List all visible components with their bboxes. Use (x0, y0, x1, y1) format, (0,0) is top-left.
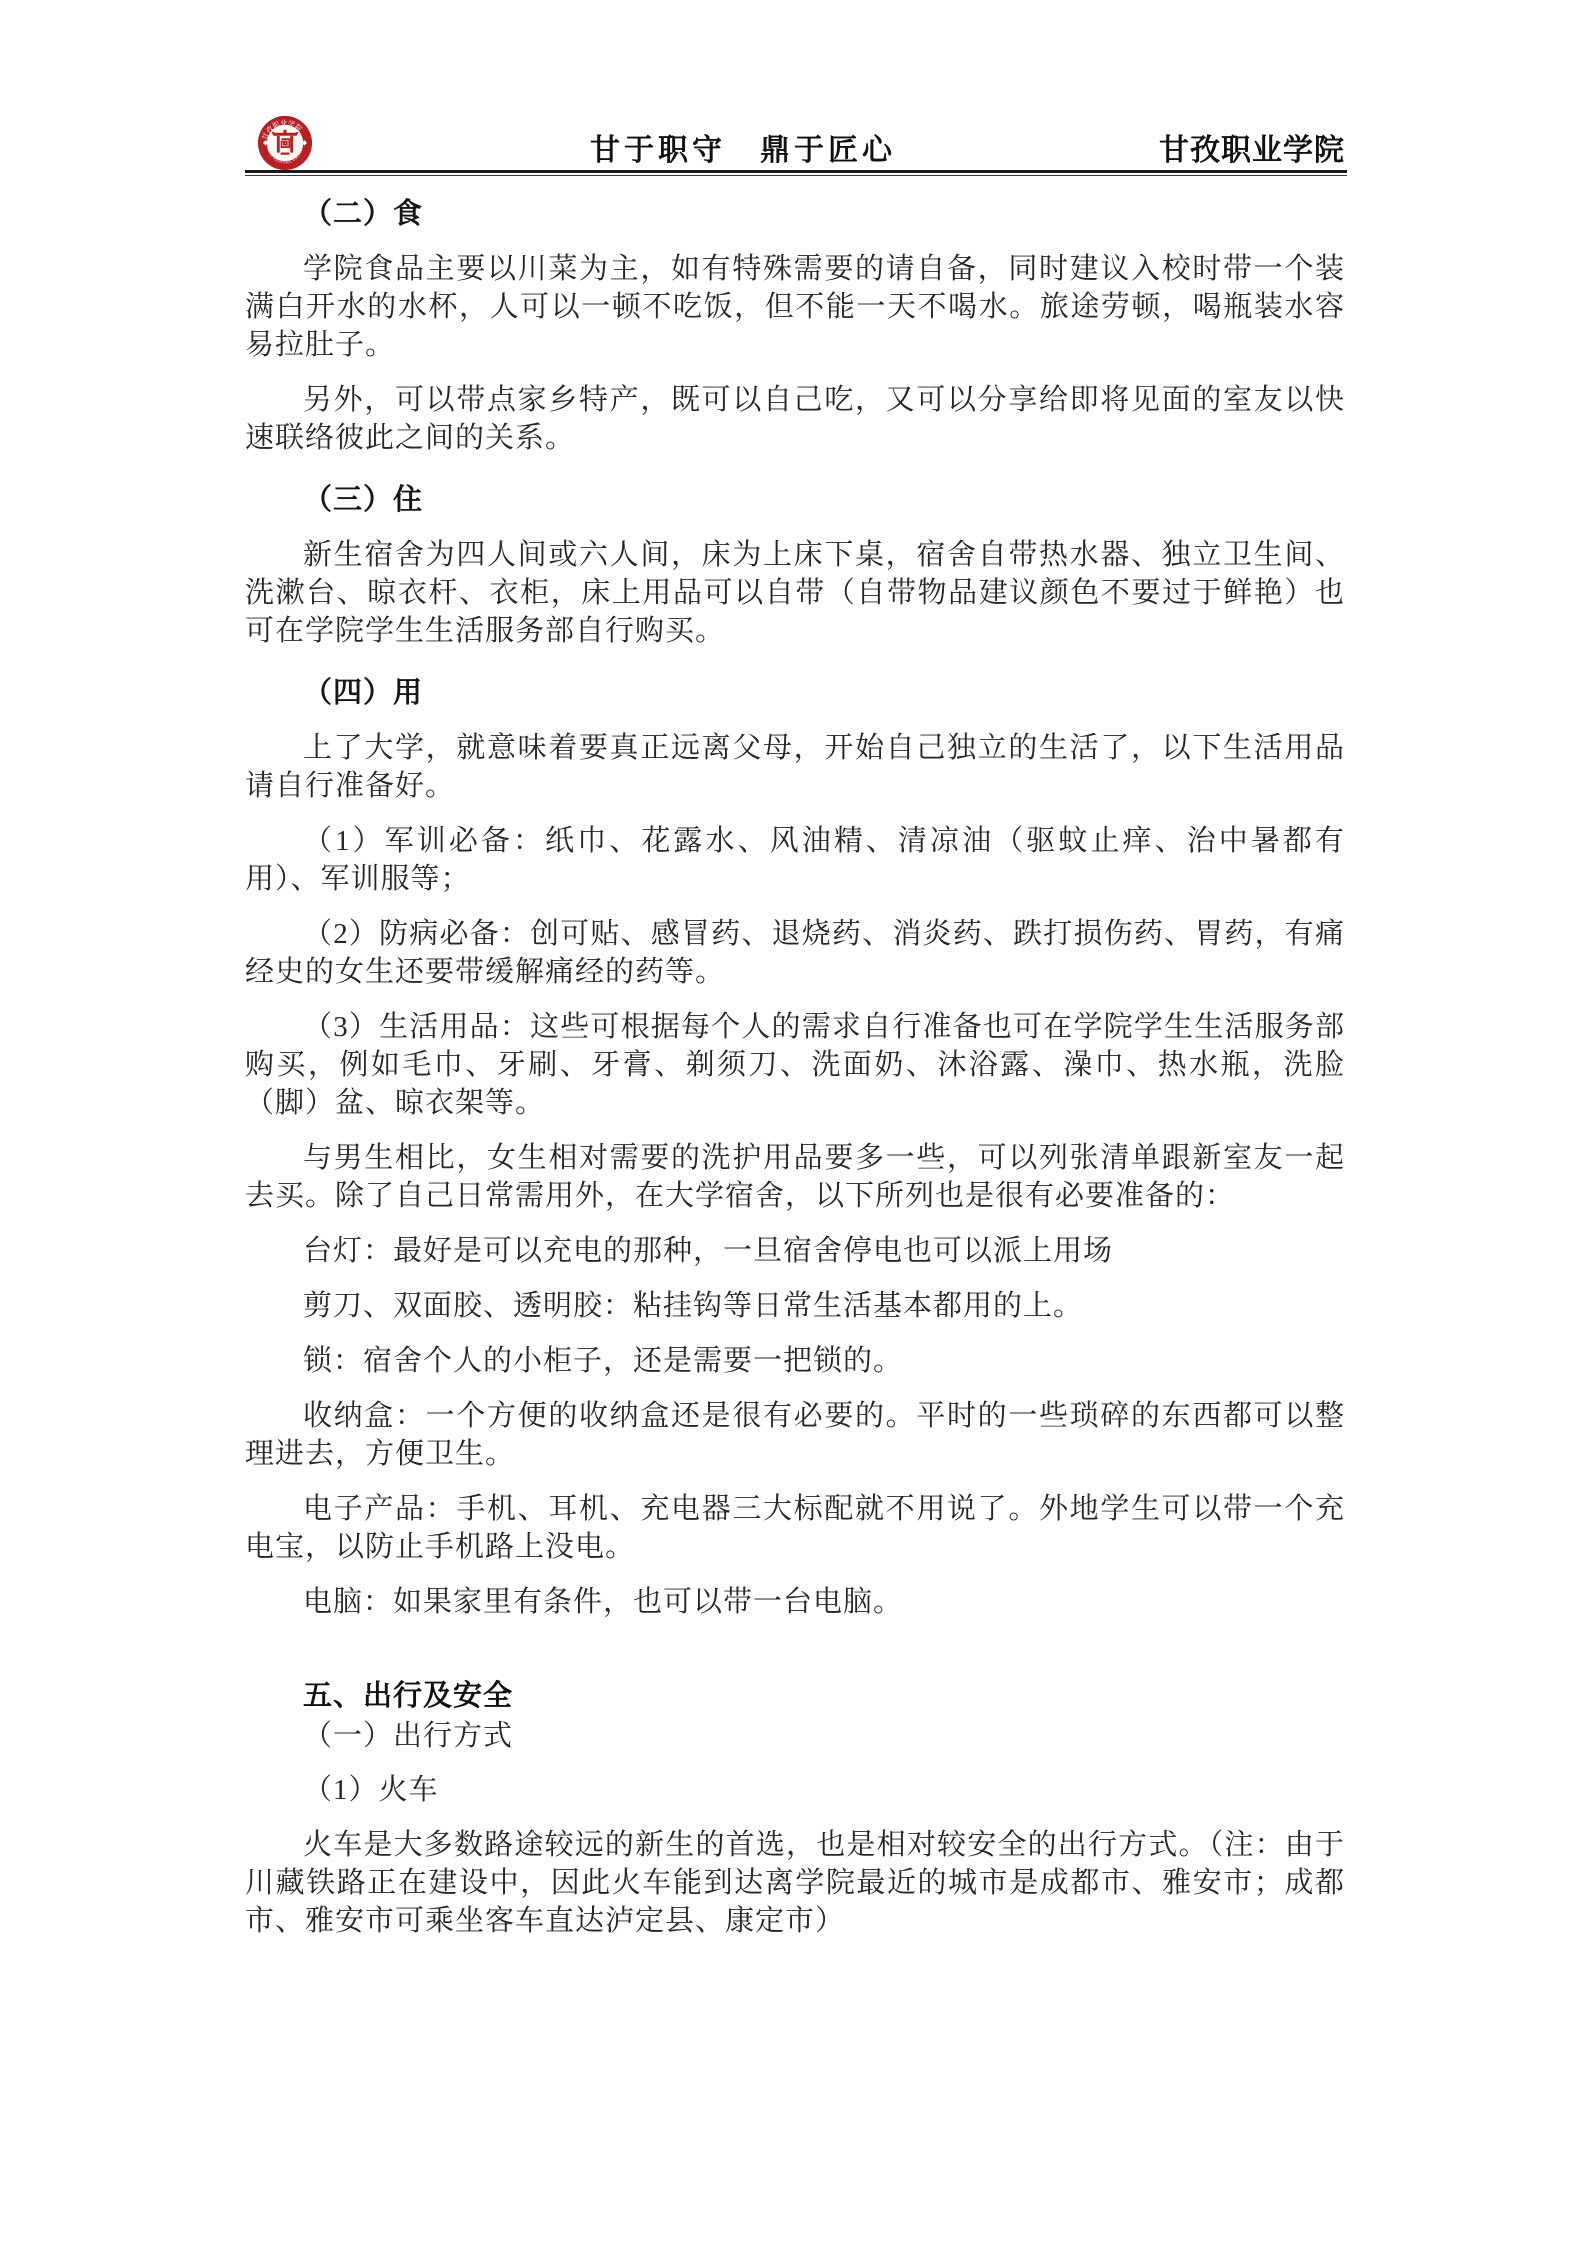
paragraph-item-electronics: 电子产品：手机、耳机、充电器三大标配就不用说了。外地学生可以带一个充电宝，以防止… (245, 1490, 1345, 1566)
paragraph-food-main: 学院食品主要以川菜为主，如有特殊需要的请自备，同时建议入校时带一个装满白开水的水… (245, 250, 1345, 364)
paragraph-items-daily-necessities: （3）生活用品：这些可根据每个人的需求自行准备也可在学院学生生活服务部购买，例如… (245, 1008, 1345, 1122)
section-heading-daily-items: （四）用 (245, 674, 1345, 712)
paragraph-items-medicine: （2）防病必备：创可贴、感冒药、退烧药、消炎药、跌打损伤药、胃药，有痛经史的女生… (245, 915, 1345, 991)
paragraph-items-military-training: （1）军训必备：纸巾、花露水、风油精、清凉油（驱蚊止痒、治中暑都有用）、军训服等… (245, 822, 1345, 898)
paragraph-item-computer: 电脑：如果家里有条件，也可以带一台电脑。 (245, 1583, 1345, 1621)
section-heading-housing: （三）住 (245, 481, 1345, 519)
paragraph-item-storage-box: 收纳盒：一个方便的收纳盒还是很有必要的。平时的一些琐碎的东西都可以整理进去，方便… (245, 1397, 1345, 1473)
chapter-heading-travel-safety: 五、出行及安全 (245, 1677, 1345, 1715)
paragraph-items-girls-list: 与男生相比，女生相对需要的洗护用品要多一些，可以列张清单跟新室友一起去买。除了自… (245, 1139, 1345, 1215)
paragraph-item-desk-lamp: 台灯：最好是可以充电的那种，一旦宿舍停电也可以派上用场 (245, 1232, 1345, 1270)
section-heading-food: （二）食 (245, 195, 1345, 233)
header-rule-thin-line (245, 175, 1347, 176)
document-body: （二）食 学院食品主要以川菜为主，如有特殊需要的请自备，同时建议入校时带一个装满… (245, 177, 1345, 1940)
paragraph-housing-dorm: 新生宿舍为四人间或六人间，床为上床下桌，宿舍自带热水器、独立卫生间、洗漱台、晾衣… (245, 536, 1345, 650)
header-rule-thick-line (245, 170, 1347, 173)
subsection-heading-travel-modes: （一）出行方式 (245, 1717, 1345, 1755)
header-rule (245, 170, 1347, 177)
paragraph-item-lock: 锁：宿舍个人的小柜子，还是需要一把锁的。 (245, 1342, 1345, 1380)
subsection-heading-train: （1）火车 (245, 1771, 1345, 1809)
header-college-name: 甘孜职业学院 (1159, 125, 1345, 169)
paragraph-item-scissors-tape: 剪刀、双面胶、透明胶：粘挂钩等日常生活基本都用的上。 (245, 1287, 1345, 1325)
paragraph-food-specialty: 另外，可以带点家乡特产，既可以自己吃，又可以分享给即将见面的室友以快速联络彼此之… (245, 381, 1345, 457)
paragraph-train-info: 火车是大多数路途较远的新生的首选，也是相对较安全的出行方式。（注：由于川藏铁路正… (245, 1826, 1345, 1940)
paragraph-items-intro: 上了大学，就意味着要真正远离父母，开始自己独立的生活了，以下生活用品请自行准备好… (245, 729, 1345, 805)
document-page: 甘孜职业学院 GANZI VOCATIONAL COLLEGE 甘于职守 鼎于匠… (0, 0, 1587, 2245)
college-seal-logo: 甘孜职业学院 GANZI VOCATIONAL COLLEGE (257, 115, 313, 171)
header-motto: 甘于职守 鼎于匠心 (590, 125, 896, 169)
page-header: 甘孜职业学院 GANZI VOCATIONAL COLLEGE 甘于职守 鼎于匠… (0, 0, 1587, 177)
